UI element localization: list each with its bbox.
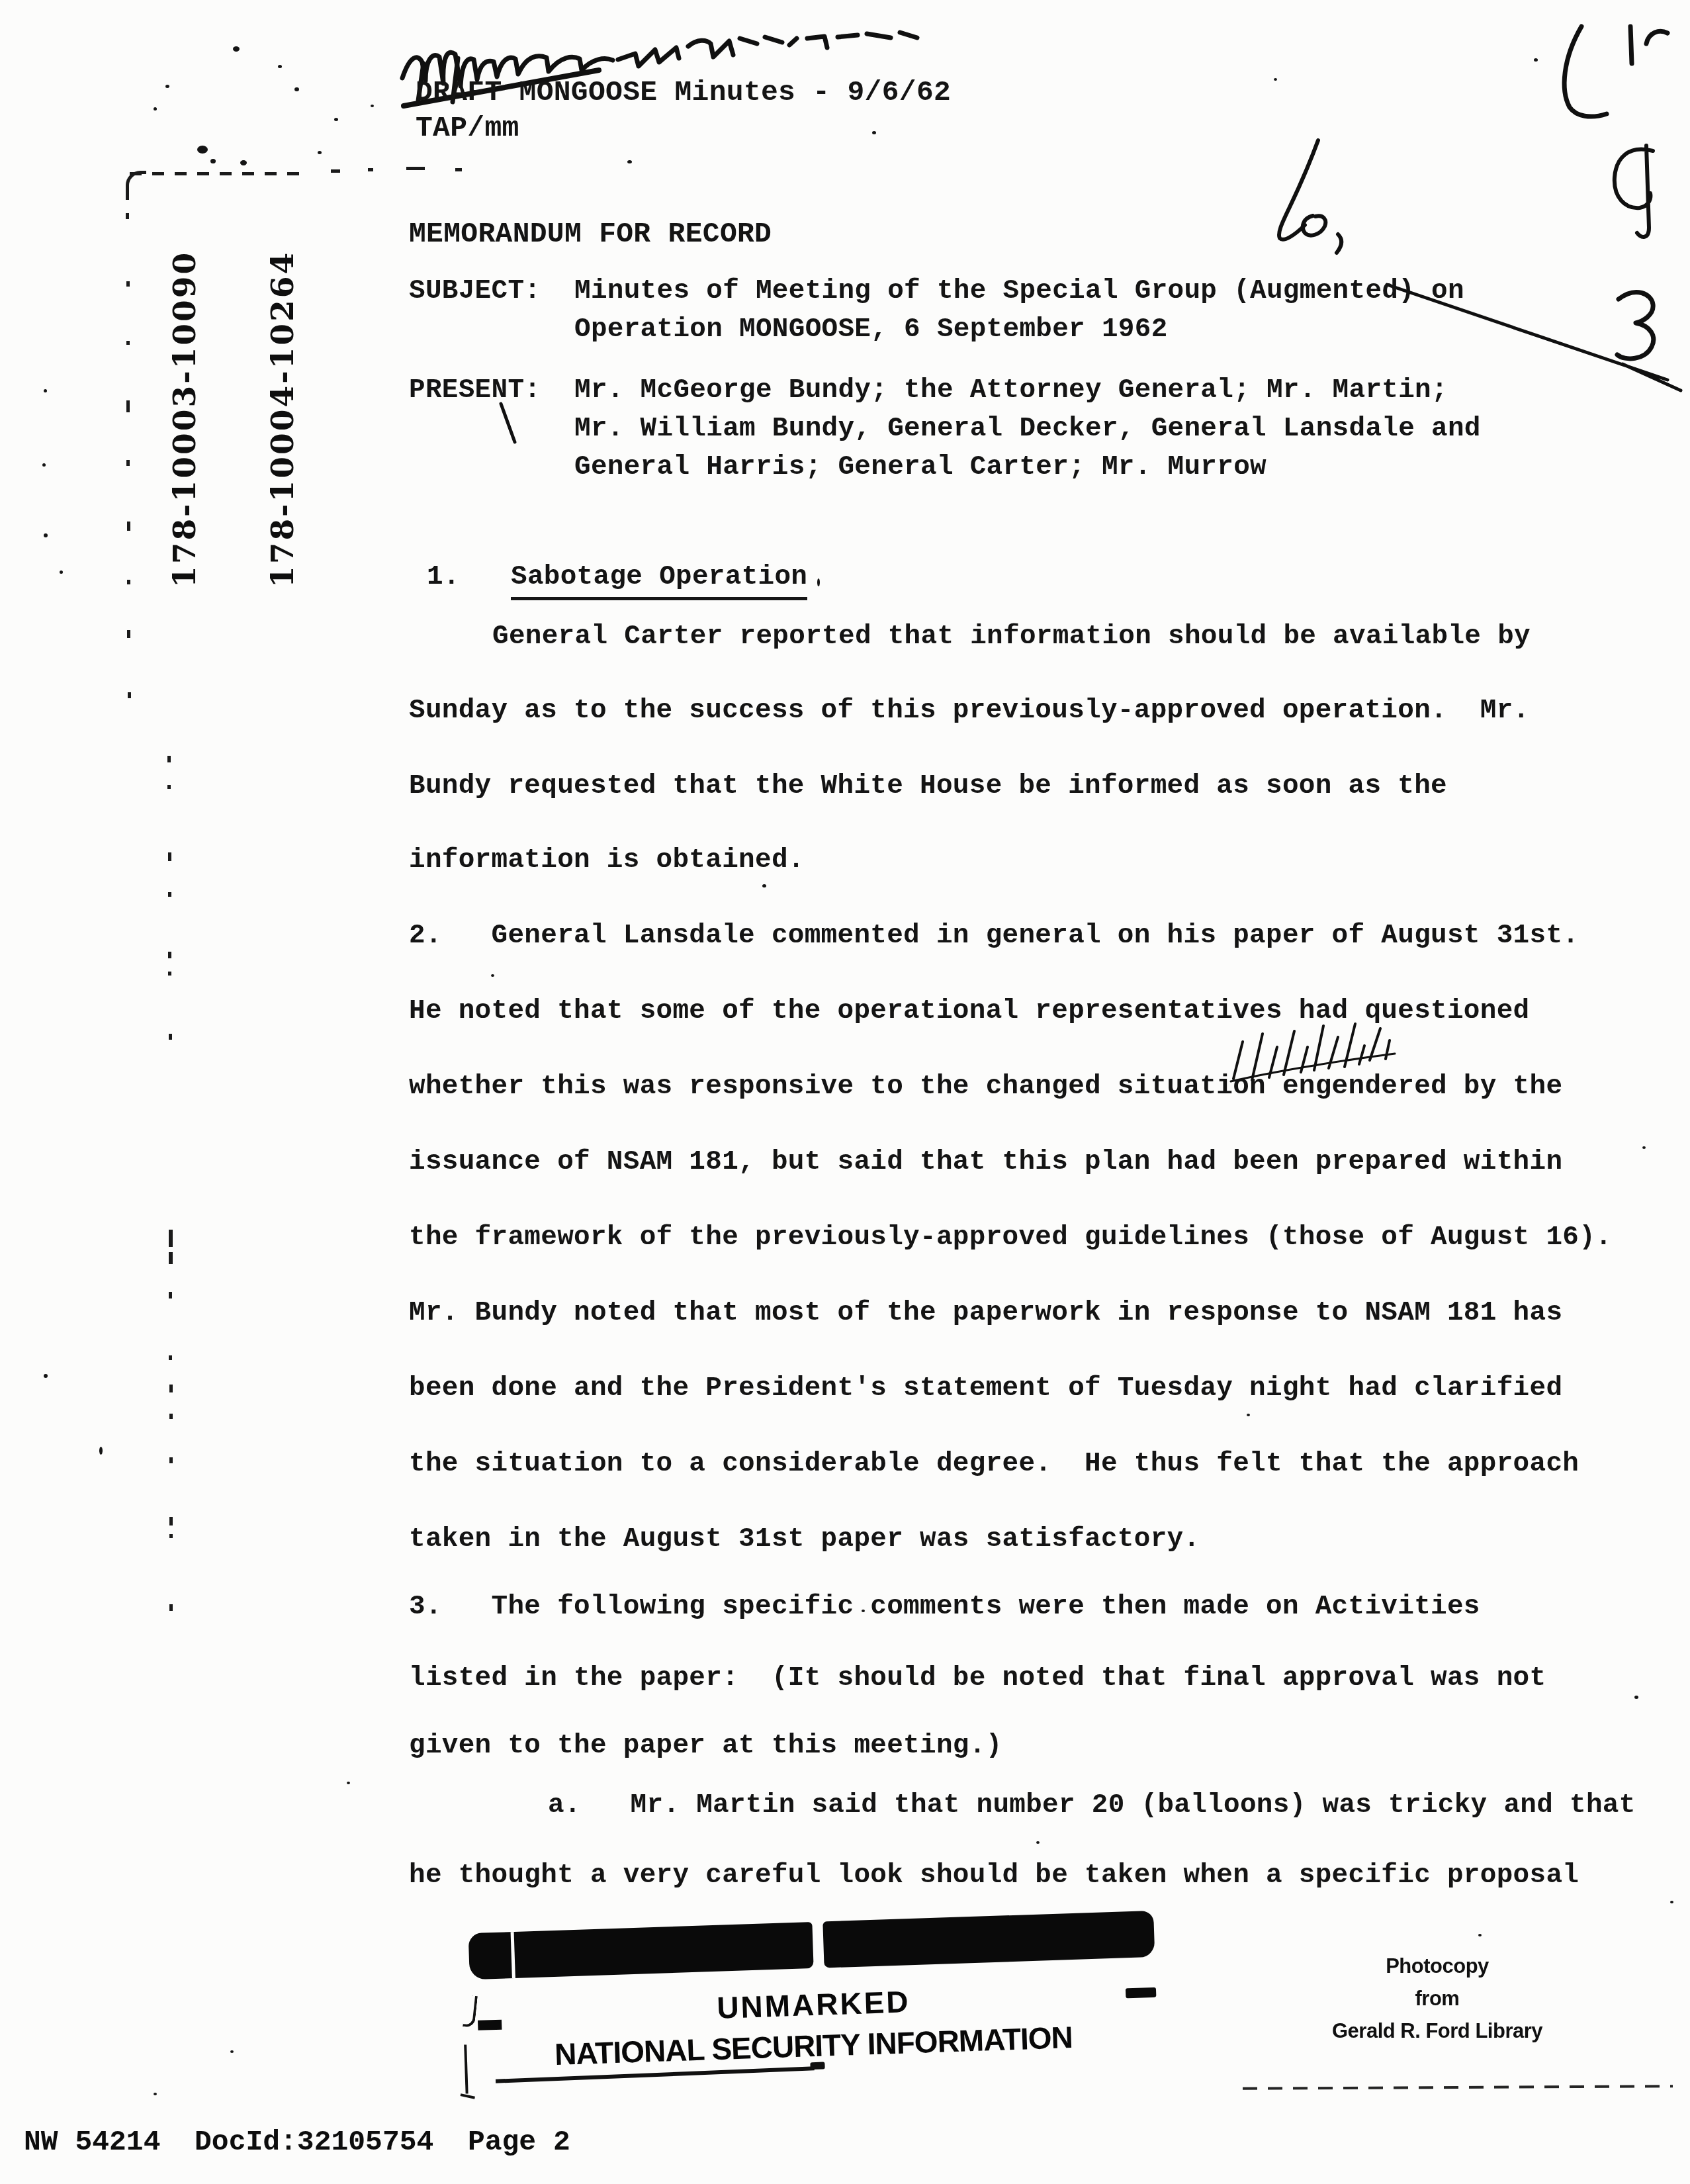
stamp-left-dash — [478, 2020, 502, 2030]
loop-mark-icon — [1615, 146, 1653, 237]
margin-dash — [126, 187, 129, 200]
ink-speck — [371, 105, 374, 107]
approval-scribble-icon — [740, 32, 917, 48]
margin-dash — [169, 1457, 173, 1463]
ink-speck — [872, 131, 876, 134]
ink-speck — [491, 974, 494, 977]
margin-dash — [169, 1034, 172, 1040]
body-line: he thought a very careful look should be… — [409, 1861, 1579, 1891]
record-id-vertical-right: 178-10004-10264 — [265, 251, 301, 588]
margin-dash — [169, 1534, 173, 1538]
margin-dash — [169, 1252, 173, 1264]
present-line: Mr. McGeorge Bundy; the Attorney General… — [574, 376, 1448, 406]
ink-speck — [230, 2050, 234, 2053]
body-line: He noted that some of the operational re… — [409, 997, 1529, 1026]
present-line: Mr. William Bundy, General Decker, Gener… — [574, 414, 1481, 444]
ink-speck — [44, 389, 47, 392]
margin-dash — [127, 580, 130, 584]
memo-heading: MEMORANDUM FOR RECORD — [409, 218, 772, 250]
ink-speck — [1670, 1901, 1673, 1903]
ink-speck — [334, 118, 338, 121]
ink-speck — [1478, 1934, 1482, 1936]
ink-speck — [762, 884, 766, 887]
margin-dash — [169, 1292, 172, 1298]
body-line: taken in the August 31st paper was satis… — [409, 1525, 1200, 1555]
ink-speck — [1274, 78, 1277, 81]
subject-label: SUBJECT: — [409, 277, 541, 306]
ink-speck — [627, 160, 632, 163]
margin-dash — [368, 168, 373, 171]
separator-dashed-line — [1243, 2085, 1673, 2089]
ink-speck — [154, 107, 157, 111]
doc-title-line: DRAFTMONGOOSE Minutes - 9/6/62 — [416, 77, 951, 108]
present-line: General Harris; General Carter; Mr. Murr… — [574, 453, 1267, 482]
draft-word: DRAFT — [416, 76, 502, 109]
corner-dashed-line — [130, 172, 310, 175]
body-line: information is obtained. — [409, 846, 805, 876]
stamp-left-line — [464, 2044, 468, 2093]
ink-speck — [44, 1374, 48, 1378]
ink-speck — [817, 578, 820, 586]
margin-dash — [169, 1385, 173, 1392]
ink-speck — [1634, 1696, 1638, 1699]
backslash-tick-icon — [501, 404, 515, 442]
subject-line: Minutes of Meeting of the Special Group … — [574, 277, 1464, 306]
ink-speck — [233, 46, 240, 52]
body-line: Bundy requested that the White House be … — [409, 772, 1447, 801]
body-line: given to the paper at this meeting.) — [409, 1731, 1002, 1761]
stamp-left-foot — [461, 2093, 475, 2099]
margin-dash — [455, 168, 462, 171]
section-heading: Sabotage Operation — [511, 563, 807, 600]
stamp-bar-right-segment — [823, 1911, 1155, 1968]
stamp-bar-left-segment — [468, 1922, 814, 1979]
body-line: 2. General Lansdale commented in general… — [409, 921, 1579, 951]
body-line: whether this was responsive to the chang… — [409, 1072, 1562, 1102]
le-initials-icon — [1279, 140, 1341, 253]
paren-mark-icon — [1564, 26, 1668, 116]
doc-title: MONGOOSE Minutes - 9/6/62 — [519, 76, 952, 109]
ink-speck — [1247, 1414, 1250, 1416]
margin-dash — [126, 400, 130, 412]
ink-speck — [210, 159, 216, 163]
ink-speck — [1036, 1841, 1040, 1844]
ink-speck — [99, 1447, 103, 1455]
body-line: the framework of the previously-approved… — [409, 1223, 1612, 1253]
margin-dash — [169, 1414, 173, 1419]
present-label: PRESENT: — [409, 376, 541, 406]
margin-dash — [168, 972, 171, 976]
stamp-redaction-bar — [468, 1911, 1155, 1979]
stamp-left-brace — [463, 1995, 478, 2028]
body-line: General Carter reported that information… — [492, 622, 1531, 652]
photocopy-credit: Photocopy from Gerald R. Ford Library — [1298, 1950, 1576, 2047]
body-line: the situation to a considerable degree. … — [409, 1449, 1579, 1479]
stamp-underline — [496, 2066, 815, 2083]
ink-speck — [42, 463, 46, 467]
margin-dash — [406, 167, 425, 170]
footer-docid-line: NW 54214 DocId:32105754 Page 2 — [24, 2126, 570, 2158]
margin-dash — [127, 522, 130, 531]
margin-dash — [169, 1355, 172, 1360]
body-line: listed in the paper: (It should be noted… — [409, 1664, 1546, 1694]
numeral-3-mark-icon — [1617, 293, 1654, 359]
body-line: 3. The following specific comments were … — [409, 1592, 1480, 1622]
margin-dash — [126, 213, 129, 219]
body-line: issuance of NSAM 181, but said that this… — [409, 1148, 1562, 1177]
ink-speck — [154, 2093, 157, 2095]
margin-dash — [126, 460, 130, 466]
declass-stamp: UNMARKED NATIONAL SECURITY INFORMATION — [460, 1901, 1168, 2130]
margin-dash — [127, 630, 130, 638]
margin-dash — [168, 892, 171, 897]
margin-dash — [126, 341, 130, 345]
subject-line: Operation MONGOOSE, 6 September 1962 — [574, 315, 1168, 345]
body-line: been done and the President's statement … — [409, 1374, 1562, 1404]
ink-speck — [240, 160, 247, 165]
paragraph-number: 1. — [427, 563, 460, 592]
margin-dash — [331, 169, 340, 173]
typist-initials: TAP/mm — [416, 113, 519, 144]
ink-speck — [197, 146, 208, 154]
margin-dash — [167, 785, 171, 789]
approval-scribble-icon — [618, 40, 733, 66]
record-id-vertical-left: 178-10003-10090 — [167, 251, 203, 588]
ink-speck — [165, 85, 169, 88]
body-line: Sunday as to the success of this previou… — [409, 696, 1529, 726]
scanned-memo-page: 178-10003-10090 178-10004-10264 DRAFTMON… — [0, 0, 1690, 2184]
margin-dash — [126, 281, 130, 287]
ink-speck — [278, 65, 282, 68]
ink-speck — [294, 87, 299, 91]
margin-dash — [128, 692, 131, 698]
stamp-text-unmarked: UNMARKED — [716, 1983, 911, 2026]
photocopy-line: Gerald R. Ford Library — [1298, 2015, 1576, 2047]
ink-speck — [60, 570, 63, 574]
margin-dash — [168, 952, 171, 958]
ink-speck — [1642, 1146, 1646, 1149]
margin-dash — [169, 1517, 173, 1525]
ink-speck — [44, 533, 48, 537]
margin-dash — [169, 1230, 173, 1247]
body-line: Mr. Bundy noted that most of the paperwo… — [409, 1298, 1562, 1328]
stamp-right-dash — [1126, 1987, 1156, 1999]
margin-dash — [169, 1604, 173, 1611]
ink-speck — [347, 1782, 350, 1784]
margin-dash — [168, 852, 171, 861]
ink-speck — [318, 151, 322, 154]
body-line: a. Mr. Martin said that number 20 (ballo… — [548, 1791, 1636, 1821]
photocopy-line: Photocopy — [1298, 1950, 1576, 1982]
stamp-underline-blob — [810, 2062, 824, 2070]
margin-dash — [167, 756, 171, 762]
ink-speck — [1534, 58, 1538, 62]
photocopy-line: from — [1298, 1982, 1576, 2015]
